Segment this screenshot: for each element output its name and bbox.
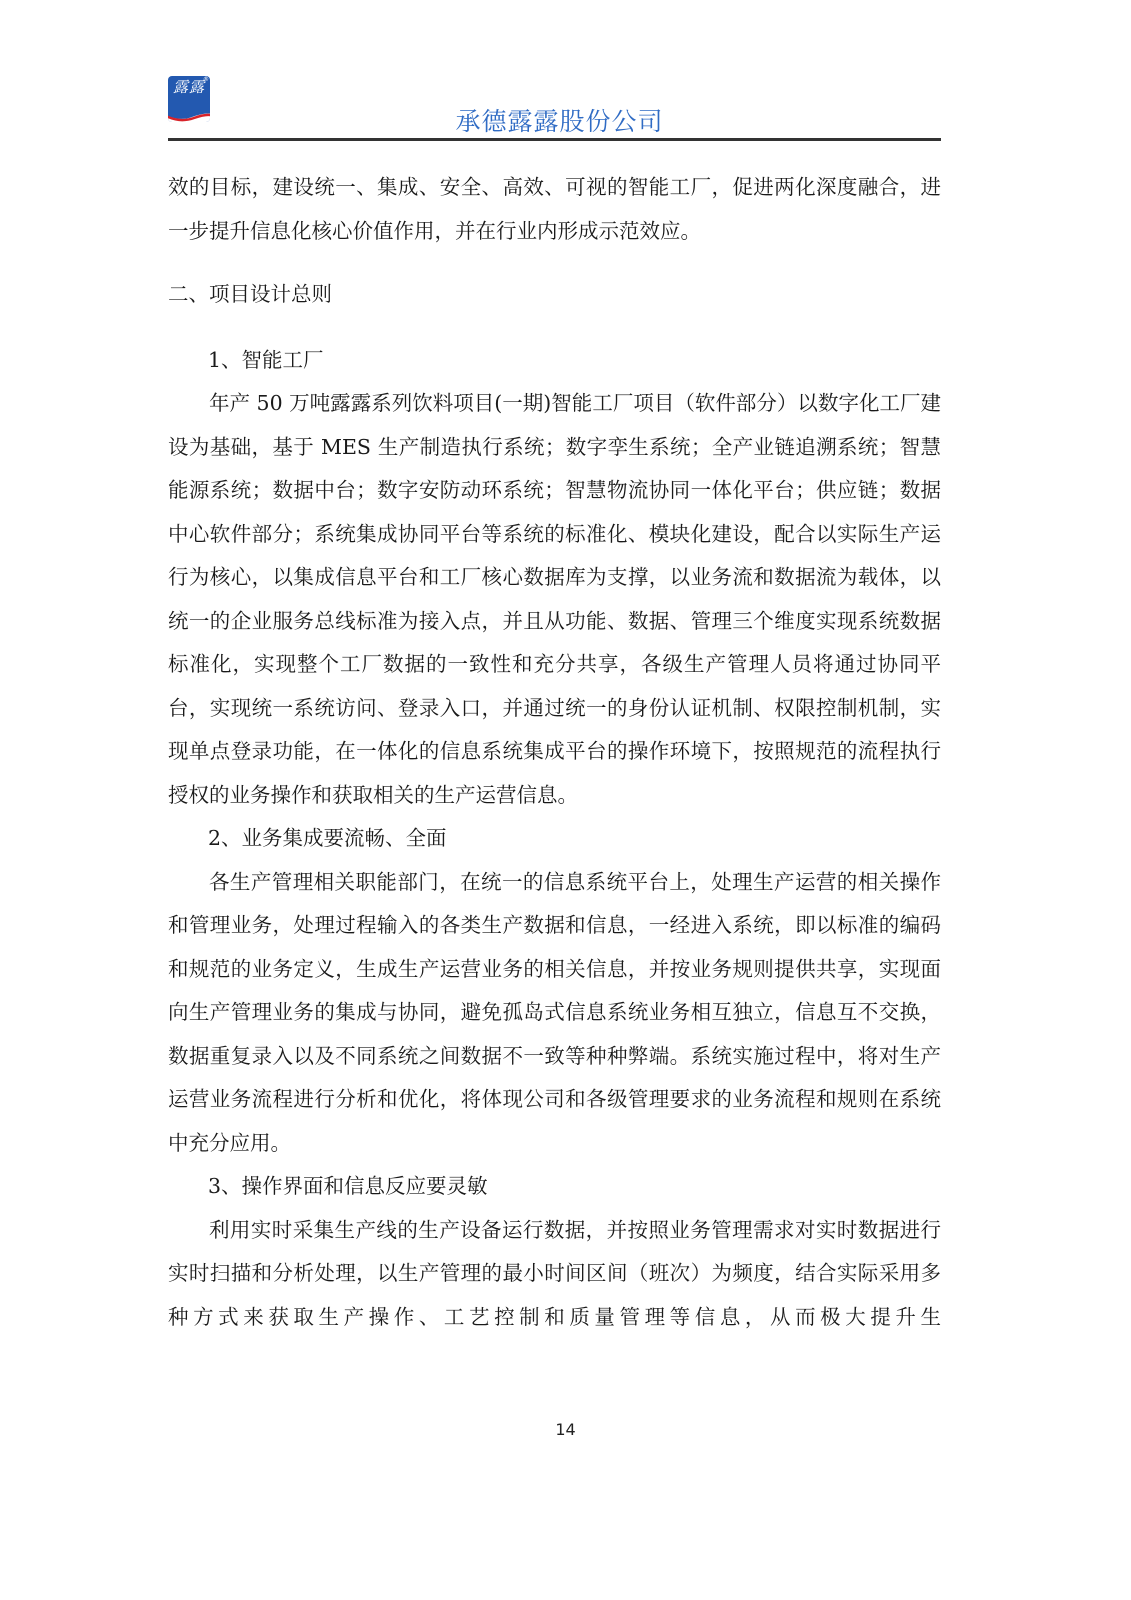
page-number: 14 [0, 1420, 1131, 1439]
subsection-paragraph-1: 年产 50 万吨露露系列饮料项目(一期)智能工厂项目（软件部分）以数字化工厂建设… [168, 382, 941, 817]
subsection-paragraph-3: 利用实时采集生产线的生产设备运行数据，并按照业务管理需求对实时数据进行实时扫描和… [168, 1209, 941, 1340]
subsection-heading-3: 3、操作界面和信息反应要灵敏 [168, 1165, 941, 1209]
document-body: 效的目标，建设统一、集成、安全、高效、可视的智能工厂，促进两化深度融合，进一步提… [168, 166, 941, 1339]
page-header: ® 露露 承德露露股份公司 [168, 76, 941, 140]
logo-glyphs: 露露 [170, 79, 208, 95]
header-divider [168, 138, 941, 141]
subsection-paragraph-2: 各生产管理相关职能部门，在统一的信息系统平台上，处理生产运营的相关操作和管理业务… [168, 861, 941, 1166]
section-heading: 二、项目设计总则 [168, 273, 941, 317]
subsection-heading-2: 2、业务集成要流畅、全面 [168, 817, 941, 861]
intro-paragraph: 效的目标，建设统一、集成、安全、高效、可视的智能工厂，促进两化深度融合，进一步提… [168, 166, 941, 253]
subsection-heading-1: 1、智能工厂 [168, 339, 941, 383]
company-title: 承德露露股份公司 [168, 102, 941, 138]
